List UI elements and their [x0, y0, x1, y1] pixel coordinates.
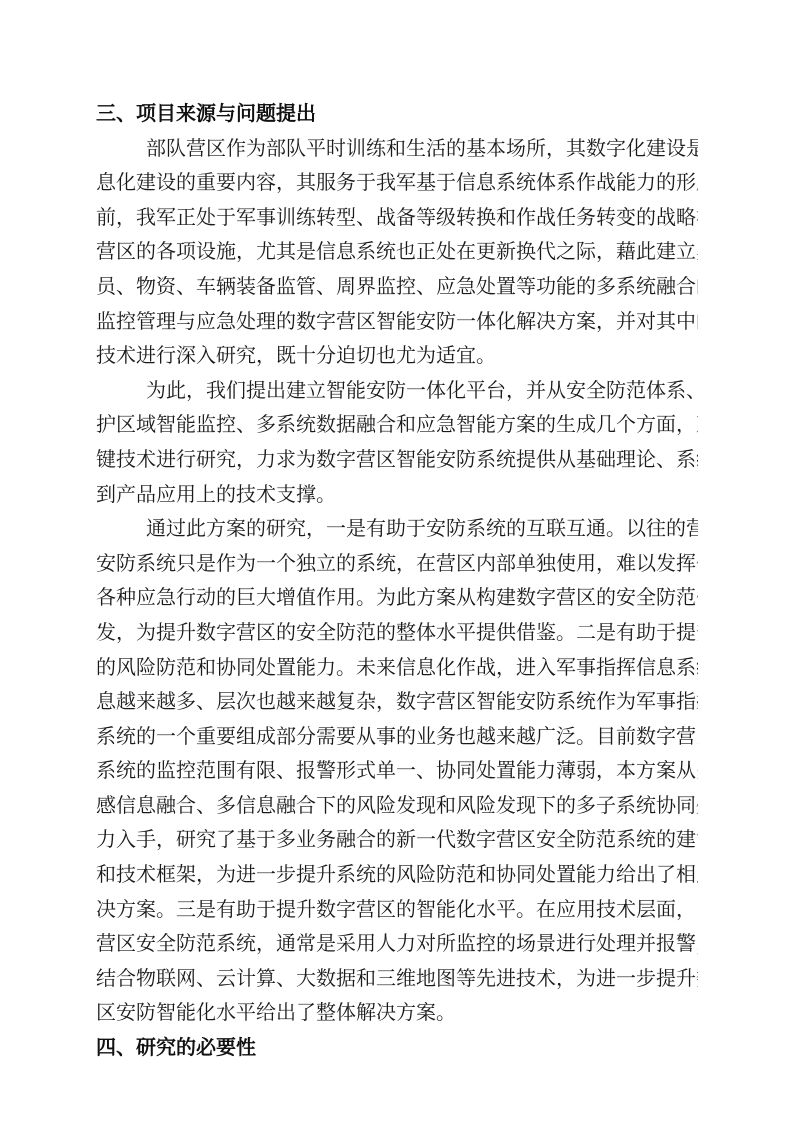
text-line: 的风险防范和协同处置能力。未来信息化作战，进入军事指挥信息系统的信: [96, 650, 698, 685]
text-line: 安防系统只是作为一个独立的系统，在营区内部单独使用，难以发挥信息对: [96, 546, 698, 581]
text-line: 前，我军正处于军事训练转型、战备等级转换和作战任务转变的战略机遇期，: [96, 200, 698, 235]
text-line: 各种应急行动的巨大增值作用。为此方案从构建数字营区的安全防范体系出: [96, 580, 698, 615]
text-line: 决方案。三是有助于提升数字营区的智能化水平。在应用技术层面，以往的: [96, 892, 698, 927]
text-line: 系统的一个重要组成部分需要从事的业务也越来越广泛。目前数字营区安防: [96, 719, 698, 754]
text-line: 结合物联网、云计算、大数据和三维地图等先进技术，为进一步提升数字营: [96, 961, 698, 996]
text-line: 系统的监控范围有限、报警形式单一、协同处置能力薄弱，本方案从多源传: [96, 753, 698, 788]
text-line: 键技术进行研究，力求为数字营区智能安防系统提供从基础理论、系统架构: [96, 442, 698, 477]
text-line: 为此，我们提出建立智能安防一体化平台，并从安全防范体系、核心保: [96, 373, 698, 408]
paragraph-1: 部队营区作为部队平时训练和生活的基本场所，其数字化建设是我军信 息化建设的重要内…: [96, 131, 698, 373]
paragraph-2: 为此，我们提出建立智能安防一体化平台，并从安全防范体系、核心保 护区域智能监控、…: [96, 373, 698, 511]
text-line: 发，为提升数字营区的安全防范的整体水平提供借鉴。二是有助于提升系统: [96, 615, 698, 650]
text-line: 和技术框架，为进一步提升系统的风险防范和协同处置能力给出了相应的解: [96, 857, 698, 892]
section-heading-project-source: 三、项目来源与问题提出: [96, 96, 698, 131]
text-line: 通过此方案的研究，一是有助于安防系统的互联互通。以往的营区各个: [96, 511, 698, 546]
text-line: 息化建设的重要内容，其服务于我军基于信息系统体系作战能力的形成。目: [96, 165, 698, 200]
text-line: 营区的各项设施，尤其是信息系统也正处在更新换代之际，藉此建立具有人: [96, 234, 698, 269]
text-line: 区安防智能化水平给出了整体解决方案。: [96, 995, 698, 1030]
text-line: 护区域智能监控、多系统数据融合和应急智能方案的生成几个方面，对其关: [96, 407, 698, 442]
text-line: 息越来越多、层次也越来越复杂，数字营区智能安防系统作为军事指挥信息: [96, 684, 698, 719]
paragraph-3: 通过此方案的研究，一是有助于安防系统的互联互通。以往的营区各个 安防系统只是作为…: [96, 511, 698, 1030]
text-line: 部队营区作为部队平时训练和生活的基本场所，其数字化建设是我军信: [96, 131, 698, 166]
section-heading-necessity: 四、研究的必要性: [96, 1030, 698, 1065]
text-line: 员、物资、车辆装备监管、周界监控、应急处置等功能的多系统融合的智能: [96, 269, 698, 304]
text-line: 监控管理与应急处理的数字营区智能安防一体化解决方案，并对其中的关键: [96, 304, 698, 339]
text-line: 技术进行深入研究，既十分迫切也尤为适宜。: [96, 338, 698, 373]
text-line: 感信息融合、多信息融合下的风险发现和风险发现下的多子系统协同处置能: [96, 788, 698, 823]
document-page: 三、项目来源与问题提出 部队营区作为部队平时训练和生活的基本场所，其数字化建设是…: [96, 96, 698, 1065]
text-line: 到产品应用上的技术支撑。: [96, 477, 698, 512]
text-line: 营区安全防范系统，通常是采用人力对所监控的场景进行处理并报警，我们: [96, 926, 698, 961]
text-line: 力入手，研究了基于多业务融合的新一代数字营区安全防范系统的建设思路: [96, 822, 698, 857]
